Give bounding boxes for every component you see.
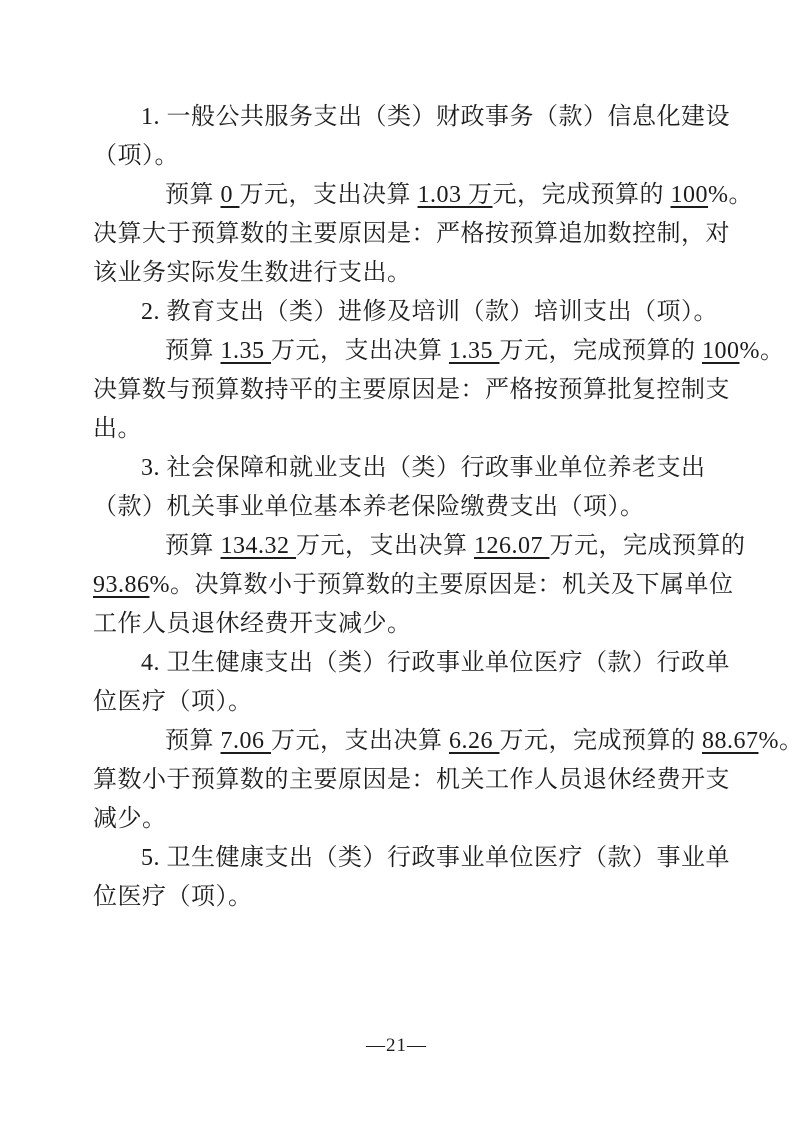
paragraph-line: 预算 1.35 万元，支出决算 1.35 万元，完成预算的 100%。	[93, 332, 741, 371]
text-segment: 预算	[165, 182, 221, 208]
section-1: 1. 一般公共服务支出（类）财政事务（款）信息化建设（项）。预算 0 万元，支出…	[93, 98, 741, 293]
text-segment: 万元，支出决算	[271, 728, 449, 754]
underlined-value: 0	[221, 182, 240, 208]
underlined-value: 6.26	[449, 728, 500, 754]
text-segment: %。决算数小于预算数的主要原因是：机关及下属单位	[150, 572, 734, 598]
section-title-line: 3. 社会保障和就业支出（类）行政事业单位养老支出	[93, 449, 741, 488]
text-segment: 决算大于预算数的主要原因是：严格按预算追加数控制，对	[93, 221, 730, 247]
underlined-value: 134.32	[221, 533, 297, 559]
text-segment: 预算	[165, 338, 221, 364]
text-segment: 预算	[165, 533, 221, 559]
text-segment: 该业务实际发生数进行支出。	[93, 260, 412, 286]
text-segment: 算数小于预算数的主要原因是：机关工作人员退休经费开支	[93, 767, 730, 793]
underlined-value: 100	[702, 338, 740, 364]
paragraph-line: 算数小于预算数的主要原因是：机关工作人员退休经费开支	[93, 761, 741, 800]
section-title-line: （项）。	[93, 137, 741, 176]
underlined-value: 126.07	[474, 533, 550, 559]
section-title-line: 4. 卫生健康支出（类）行政事业单位医疗（款）行政单	[93, 644, 741, 683]
page-number: —21—	[0, 1034, 793, 1058]
underlined-value: 1.03 万	[418, 182, 493, 208]
text-segment: 万元，完成预算的	[500, 338, 703, 364]
paragraph-line: 出。	[93, 410, 741, 449]
section-3: 3. 社会保障和就业支出（类）行政事业单位养老支出（款）机关事业单位基本养老保险…	[93, 449, 741, 644]
section-title-line: 2. 教育支出（类）进修及培训（款）培训支出（项）。	[93, 293, 741, 332]
text-segment: 出。	[93, 416, 142, 442]
section-4: 4. 卫生健康支出（类）行政事业单位医疗（款）行政单位医疗（项）。预算 7.06…	[93, 644, 741, 839]
text-segment: %。	[740, 338, 785, 364]
underlined-value: 1.35	[221, 338, 272, 364]
underlined-value: 100	[671, 182, 709, 208]
text-segment: 元，完成预算的	[493, 182, 671, 208]
text-segment: 万元，完成预算的	[550, 533, 746, 559]
section-2: 2. 教育支出（类）进修及培训（款）培训支出（项）。预算 1.35 万元，支出决…	[93, 293, 741, 449]
text-segment: %。决	[759, 728, 793, 754]
paragraph-line: 预算 0 万元，支出决算 1.03 万元，完成预算的 100%。	[93, 176, 741, 215]
text-segment: 工作人员退休经费开支减少。	[93, 611, 412, 637]
paragraph-line: 该业务实际发生数进行支出。	[93, 254, 741, 293]
text-segment: 万元，完成预算的	[500, 728, 703, 754]
section-title-line: 5. 卫生健康支出（类）行政事业单位医疗（款）事业单	[93, 839, 741, 878]
paragraph-line: 工作人员退休经费开支减少。	[93, 605, 741, 644]
underlined-value: 88.67	[702, 728, 759, 754]
text-segment: 万元，支出决算	[240, 182, 418, 208]
text-segment: 万元，支出决算	[271, 338, 449, 364]
text-segment: 万元，支出决算	[296, 533, 474, 559]
underlined-value: 93.86	[93, 572, 150, 598]
paragraph-line: 决算大于预算数的主要原因是：严格按预算追加数控制，对	[93, 215, 741, 254]
section-title-line: 位医疗（项）。	[93, 878, 741, 917]
underlined-value: 7.06	[221, 728, 272, 754]
underlined-value: 1.35	[449, 338, 500, 364]
document-page: 1. 一般公共服务支出（类）财政事务（款）信息化建设（项）。预算 0 万元，支出…	[0, 0, 793, 1122]
section-title-line: 位医疗（项）。	[93, 683, 741, 722]
paragraph-line: 93.86%。决算数小于预算数的主要原因是：机关及下属单位	[93, 566, 741, 605]
text-segment: %。	[708, 182, 753, 208]
paragraph-line: 决算数与预算数持平的主要原因是：严格按预算批复控制支	[93, 371, 741, 410]
document-body: 1. 一般公共服务支出（类）财政事务（款）信息化建设（项）。预算 0 万元，支出…	[93, 98, 741, 917]
section-title-line: 1. 一般公共服务支出（类）财政事务（款）信息化建设	[93, 98, 741, 137]
paragraph-line: 预算 134.32 万元，支出决算 126.07 万元，完成预算的	[93, 527, 741, 566]
paragraph-line: 减少。	[93, 800, 741, 839]
text-segment: 减少。	[93, 806, 167, 832]
section-5: 5. 卫生健康支出（类）行政事业单位医疗（款）事业单位医疗（项）。	[93, 839, 741, 917]
paragraph-line: 预算 7.06 万元，支出决算 6.26 万元，完成预算的 88.67%。决	[93, 722, 741, 761]
section-title-line: （款）机关事业单位基本养老保险缴费支出（项）。	[93, 488, 741, 527]
text-segment: 决算数与预算数持平的主要原因是：严格按预算批复控制支	[93, 377, 730, 403]
text-segment: 预算	[165, 728, 221, 754]
